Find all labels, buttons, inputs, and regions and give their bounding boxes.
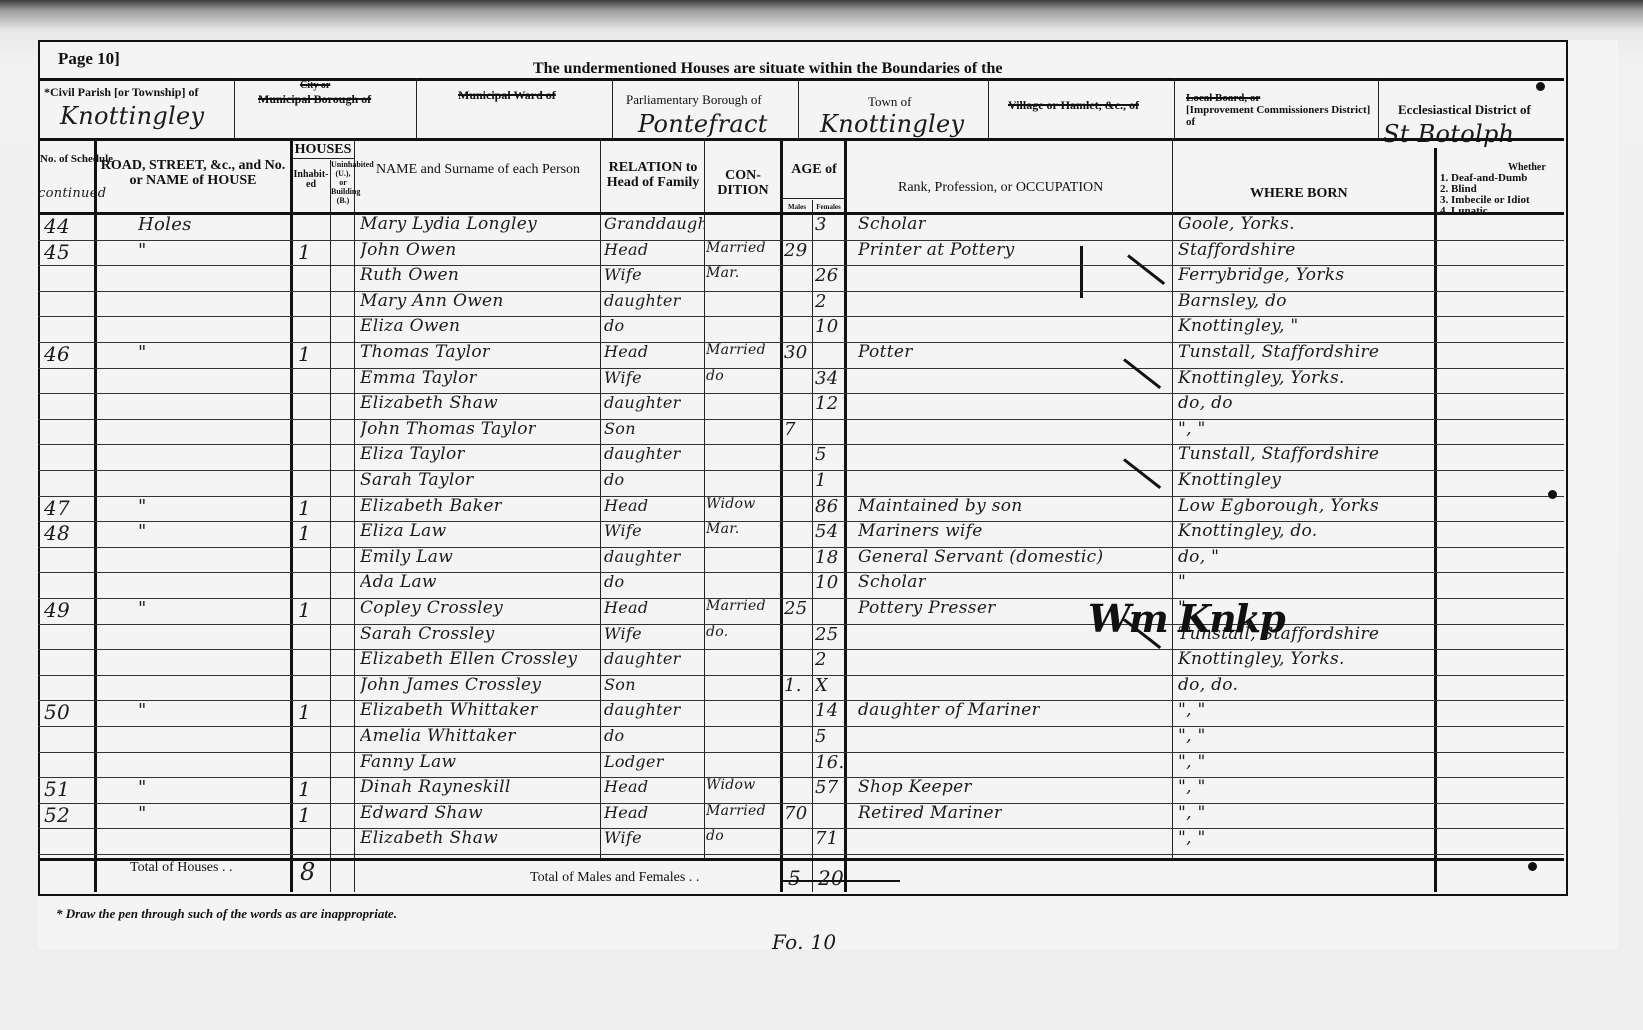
col-rule	[354, 138, 355, 892]
row-rule	[38, 777, 1564, 778]
col-header-houses: HOUSES	[292, 142, 354, 157]
col-header-uninhabited: Uninhabited (U.), or Building (B.)	[331, 160, 355, 205]
cell-schedule: 45	[44, 240, 70, 264]
cell-female: 10 wks	[815, 316, 843, 337]
cell-born: Low Egborough, Yorks	[1178, 496, 1379, 516]
cell-female: 2	[815, 649, 827, 670]
cell-road: "	[138, 700, 147, 721]
col-header-condition: CON-DITION	[708, 168, 778, 198]
cell-born: do, do.	[1178, 675, 1238, 695]
cell-schedule: 50	[44, 700, 70, 724]
cell-born: Knottingley, "	[1178, 316, 1299, 336]
cell-name: Amelia Whittaker	[360, 726, 516, 746]
cell-relation: do	[604, 572, 624, 591]
rule	[38, 78, 1564, 81]
cell-relation: do	[604, 726, 624, 745]
row-rule	[38, 470, 1564, 471]
cell-male: 29	[784, 240, 808, 261]
cell-occupation: General Servant (domestic)	[858, 547, 1103, 567]
cell-female: 16.	[815, 752, 843, 773]
row-rule	[38, 393, 1564, 394]
total-females-value: 20	[818, 866, 844, 890]
cell-born: Knottingley	[1178, 470, 1281, 490]
col-header-road: ROAD, STREET, &c., and No. or NAME of HO…	[98, 158, 288, 188]
cell-born: Staffordshire	[1178, 240, 1296, 260]
cell-road: "	[138, 342, 147, 363]
boundary-label-top: Local Board, or	[1186, 92, 1260, 104]
rule	[234, 78, 235, 138]
cell-relation: daughter	[604, 444, 681, 463]
cell-relation: daughter	[604, 649, 681, 668]
cell-name: Eliza Owen	[360, 316, 460, 336]
cell-occupation: Printer at Pottery	[858, 240, 1015, 260]
rule	[612, 78, 613, 138]
cell-name: Sarah Crossley	[360, 624, 495, 644]
row-rule	[38, 547, 1564, 548]
cell-relation: Head	[604, 777, 648, 796]
total-underline	[780, 880, 900, 882]
cell-relation: daughter	[604, 393, 681, 412]
cell-relation: Granddaughter	[604, 214, 704, 233]
total-houses-label: Total of Houses . .	[130, 860, 232, 876]
page-number: Page 10]	[58, 49, 120, 69]
cell-name: Elizabeth Shaw	[360, 393, 498, 413]
cell-female: 10	[815, 572, 839, 593]
cell-born: ", "	[1178, 803, 1206, 823]
cell-condition: do	[706, 828, 724, 844]
cell-schedule: 47	[44, 496, 70, 520]
col-header-males: Males	[782, 202, 812, 212]
cell-name: Mary Lydia Longley	[360, 214, 537, 234]
cell-female: 57	[815, 777, 839, 798]
row-rule	[38, 854, 1564, 855]
cell-born: do, do	[1178, 393, 1233, 413]
cell-road: "	[138, 240, 147, 261]
cell-name: Ruth Owen	[360, 265, 459, 285]
cell-born: ", "	[1178, 828, 1206, 848]
boundary-label: Town of	[868, 94, 912, 110]
cell-born: Goole, Yorks.	[1178, 214, 1295, 234]
boundary-label: [Improvement Commissioners District] of	[1186, 104, 1376, 128]
cell-occupation: Shop Keeper	[858, 777, 972, 797]
cell-condition: do	[706, 368, 724, 384]
cell-female: 25	[815, 624, 839, 645]
pen-stroke	[1080, 246, 1083, 298]
cell-inhabited: 1	[298, 496, 311, 520]
col-rule	[290, 138, 293, 892]
boundary-label: Parliamentary Borough of	[626, 92, 762, 108]
cell-occupation: Maintained by son	[858, 496, 1023, 516]
cell-relation: Lodger	[604, 752, 664, 771]
cell-relation: Head	[604, 342, 648, 361]
cell-male: 30	[784, 342, 808, 363]
cell-relation: daughter	[604, 700, 681, 719]
cell-female: X	[815, 675, 828, 696]
cell-name: John Owen	[360, 240, 457, 260]
cell-male: 7	[784, 419, 796, 440]
rule	[38, 858, 1564, 861]
census-page-scan: Page 10] The undermentioned Houses are s…	[0, 0, 1643, 1030]
cell-occupation: Scholar	[858, 572, 926, 592]
boundary-value: Knottingley	[60, 102, 204, 130]
col-rule	[600, 138, 601, 858]
boundary-label-top: City or	[300, 80, 330, 91]
cell-condition: Married	[706, 342, 766, 358]
binding-hole	[1548, 490, 1557, 499]
cell-relation: Wife	[604, 828, 642, 847]
cell-relation: Head	[604, 598, 648, 617]
cell-schedule: 48	[44, 521, 70, 545]
rule	[1174, 78, 1175, 138]
cell-relation: Son	[604, 419, 636, 438]
boundary-label: Municipal Ward of	[458, 88, 556, 103]
row-rule	[38, 752, 1564, 753]
cell-female: 18	[815, 547, 839, 568]
col-header-relation: RELATION to Head of Family	[604, 160, 702, 190]
cell-female: 71	[815, 828, 839, 849]
cell-born: Barnsley, do	[1178, 291, 1287, 311]
cell-relation: do	[604, 316, 624, 335]
cell-condition: Widow	[706, 496, 756, 512]
binding-hole	[1528, 862, 1537, 871]
schedule-continued-note: continued	[38, 186, 106, 201]
cell-male: 25	[784, 598, 808, 619]
col-rule	[1172, 138, 1173, 858]
cell-relation: Wife	[604, 521, 642, 540]
total-houses-value: 8	[300, 858, 316, 886]
cell-relation: daughter	[604, 291, 681, 310]
cell-name: Sarah Taylor	[360, 470, 474, 490]
cell-relation: Head	[604, 803, 648, 822]
cell-condition: do.	[706, 624, 729, 640]
cell-schedule: 49	[44, 598, 70, 622]
cell-occupation: Potter	[858, 342, 913, 362]
rule	[38, 138, 1564, 141]
rule	[988, 78, 989, 138]
row-rule	[38, 828, 1564, 829]
cell-name: Emma Taylor	[360, 368, 477, 388]
col-rule	[1434, 148, 1437, 892]
cell-road: "	[138, 521, 147, 542]
cell-condition: Mar.	[706, 265, 740, 281]
row-rule	[38, 700, 1564, 701]
cell-female: 1	[815, 470, 827, 491]
row-rule	[38, 572, 1564, 573]
boundary-label: Village or Hamlet, &c., of	[1008, 98, 1139, 113]
total-persons-label: Total of Males and Females . .	[530, 870, 699, 886]
boundary-value: Knottingley	[820, 110, 964, 138]
cell-road: "	[138, 496, 147, 517]
cell-occupation: Retired Mariner	[858, 803, 1002, 823]
cell-born: do, "	[1178, 547, 1219, 567]
col-header-schedule: No. of Schedule	[40, 152, 94, 166]
page-heading: The undermentioned Houses are situate wi…	[533, 60, 1003, 78]
census-sheet: Page 10] The undermentioned Houses are s…	[38, 40, 1618, 950]
boundary-label: *Civil Parish [or Township] of	[44, 85, 198, 100]
cell-name: Elizabeth Shaw	[360, 828, 498, 848]
rule	[38, 212, 1564, 215]
cell-born: Ferrybridge, Yorks	[1178, 265, 1344, 285]
cell-name: Thomas Taylor	[360, 342, 490, 362]
cell-road: "	[138, 598, 147, 619]
cell-schedule: 51	[44, 777, 70, 801]
cell-name: John Thomas Taylor	[360, 419, 536, 439]
cell-female: 14	[815, 700, 839, 721]
cell-relation: do	[604, 470, 624, 489]
cell-name: Elizabeth Ellen Crossley	[360, 649, 577, 669]
cell-occupation: Scholar	[858, 214, 926, 234]
cell-schedule: 46	[44, 342, 70, 366]
rule	[1378, 78, 1379, 138]
cell-road: "	[138, 777, 147, 798]
cell-condition: Widow	[706, 777, 756, 793]
cell-schedule: 44	[44, 214, 70, 238]
cell-female: 2	[815, 291, 827, 312]
cell-name: Ada Law	[360, 572, 437, 592]
folio-mark: Fo. 10	[772, 930, 836, 954]
cell-condition: Married	[706, 240, 766, 256]
cell-female: 26	[815, 265, 839, 286]
cell-born: ", "	[1178, 777, 1206, 797]
col-rule	[844, 138, 847, 892]
cell-inhabited: 1	[298, 700, 311, 724]
row-rule	[38, 291, 1564, 292]
cell-inhabited: 1	[298, 777, 311, 801]
row-rule	[38, 726, 1564, 727]
binding-hole	[1536, 82, 1545, 91]
cell-female: 54	[815, 521, 839, 542]
col-header-inhabited: Inhabit-ed	[292, 170, 330, 190]
cell-born: ", "	[1178, 726, 1206, 746]
boundary-value: Pontefract	[638, 110, 768, 138]
cell-occupation: Mariners wife	[858, 521, 983, 541]
cell-female: 3	[815, 214, 827, 235]
col-rule	[780, 138, 783, 892]
cell-inhabited: 1	[298, 521, 311, 545]
cell-name: Elizabeth Whittaker	[360, 700, 538, 720]
cell-name: Emily Law	[360, 547, 453, 567]
cell-relation: Head	[604, 496, 648, 515]
cell-born: Knottingley, Yorks.	[1178, 368, 1345, 388]
cell-name: John James Crossley	[360, 675, 541, 695]
boundary-value: St Botolph	[1383, 120, 1514, 148]
cell-relation: Son	[604, 675, 636, 694]
cell-name: Mary Ann Owen	[360, 291, 504, 311]
cell-female: 34	[815, 368, 839, 389]
boundary-label: Ecclesiastical District of	[1398, 102, 1531, 118]
cell-born: ", "	[1178, 752, 1206, 772]
row-rule	[38, 316, 1564, 317]
cell-name: Dinah Rayneskill	[360, 777, 511, 797]
cell-born: ", "	[1178, 700, 1206, 720]
col-rule	[94, 138, 97, 892]
cell-relation: Wife	[604, 368, 642, 387]
rule	[782, 198, 844, 199]
cell-male: 70	[784, 803, 808, 824]
cell-condition: Married	[706, 598, 766, 614]
rule	[416, 78, 417, 138]
col-rule	[330, 160, 331, 892]
cell-born: "	[1178, 572, 1186, 592]
cell-road: Holes	[138, 214, 192, 235]
cell-female: 5	[815, 726, 827, 747]
cell-female: 86	[815, 496, 839, 517]
cell-condition: Married	[706, 803, 766, 819]
cell-born: Knottingley, Yorks.	[1178, 649, 1345, 669]
cell-relation: Head	[604, 240, 648, 259]
col-rule	[704, 138, 705, 858]
cell-inhabited: 1	[298, 598, 311, 622]
cell-relation: daughter	[604, 547, 681, 566]
footnote: * Draw the pen through such of the words…	[56, 906, 397, 922]
cell-born: Knottingley, do.	[1178, 521, 1318, 541]
cell-condition: Mar.	[706, 521, 740, 537]
cell-female: 5	[815, 444, 827, 465]
cell-name: Elizabeth Baker	[360, 496, 502, 516]
rule	[292, 158, 354, 159]
cell-inhabited: 1	[298, 803, 311, 827]
cell-inhabited: 1	[298, 240, 311, 264]
col-header-name: NAME and Surname of each Person	[368, 162, 588, 177]
cell-road: "	[138, 803, 147, 824]
cell-occupation: daughter of Mariner	[858, 700, 1040, 720]
row-rule	[38, 521, 1564, 522]
rule	[798, 78, 799, 138]
cell-male: 1.	[784, 675, 802, 696]
col-header-age: AGE of	[784, 162, 844, 177]
col-header-females: Females	[813, 202, 844, 212]
cell-schedule: 52	[44, 803, 70, 827]
cell-name: Eliza Taylor	[360, 444, 465, 464]
cell-inhabited: 1	[298, 342, 311, 366]
cell-relation: Wife	[604, 265, 642, 284]
cell-name: Copley Crossley	[360, 598, 503, 618]
row-rule	[38, 419, 1564, 420]
col-header-born: WHERE BORN	[1250, 186, 1348, 202]
cell-occupation: Pottery Presser	[858, 598, 996, 618]
cell-name: Fanny Law	[360, 752, 456, 772]
boundary-label: Municipal Borough of	[258, 92, 371, 107]
cell-female: 12	[815, 393, 839, 414]
total-males-value: 5	[788, 866, 801, 890]
enumerator-annotation: Wm Knkp	[1088, 596, 1284, 641]
cell-born: Tunstall, Staffordshire	[1178, 342, 1379, 362]
col-header-occupation: Rank, Profession, or OCCUPATION	[898, 180, 1103, 196]
cell-name: Edward Shaw	[360, 803, 483, 823]
cell-relation: Wife	[604, 624, 642, 643]
cell-born: ", "	[1178, 419, 1206, 439]
cell-born: Tunstall, Staffordshire	[1178, 444, 1379, 464]
cell-name: Eliza Law	[360, 521, 446, 541]
